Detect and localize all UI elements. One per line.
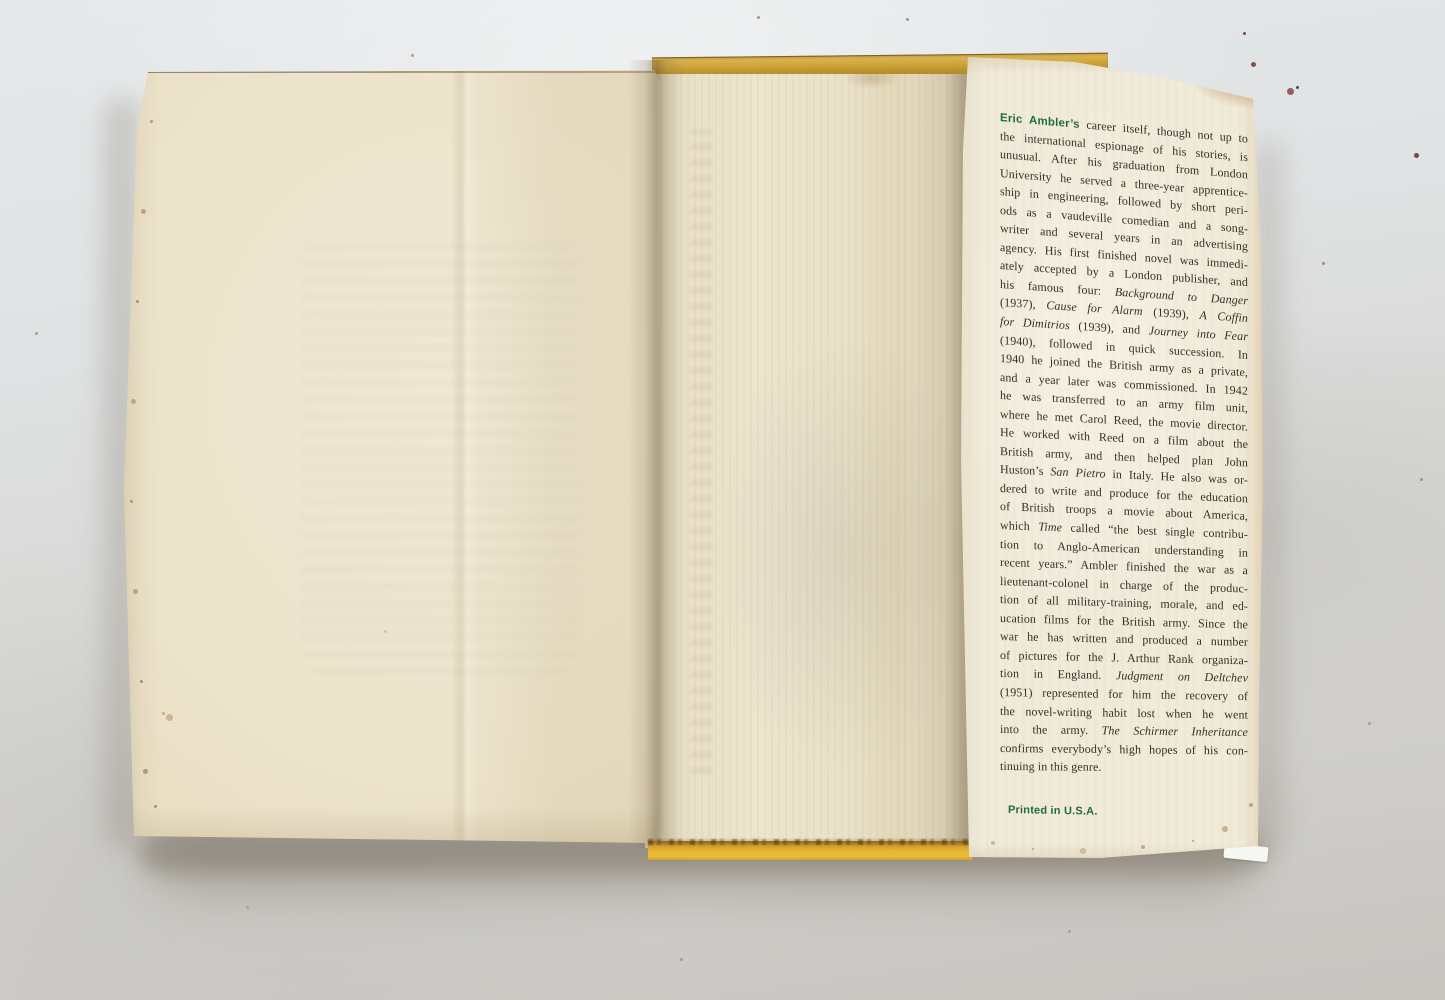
text-run: The Schirmer Inheritance <box>1102 723 1248 739</box>
blank-left-page <box>124 70 660 845</box>
flap-text-line: tinuing in this genre. <box>1000 757 1248 777</box>
paint-specks <box>0 0 3 3</box>
text-run: A Coffin <box>1200 308 1248 325</box>
text-run: the novel-writing habit lost when he wen… <box>1000 704 1248 722</box>
dust-jacket-flap: Eric Ambler’s career itself, though not … <box>950 44 1270 868</box>
jacket-bottom-edge <box>648 841 972 860</box>
text-run: for Dimitrios <box>1000 314 1070 332</box>
endpaper-page <box>645 74 1010 848</box>
text-run: into the army. <box>1000 722 1102 737</box>
text-run: which <box>1000 518 1038 533</box>
text-run: Huston’s <box>1000 462 1050 478</box>
text-run: tinuing in this genre. <box>1000 759 1102 774</box>
page-showthrough <box>301 241 580 675</box>
printed-in-usa-label: Printed in U.S.A. <box>1008 804 1098 818</box>
text-run: Judgment on Deltchev <box>1116 669 1248 686</box>
text-run: tion in England. <box>1000 666 1116 682</box>
table-surface: Eric Ambler’s career itself, though not … <box>0 0 1445 1000</box>
foxing-spots <box>124 70 127 73</box>
text-run: (1939), <box>1143 305 1200 323</box>
flap-biography-text: Eric Ambler’s career itself, though not … <box>1000 108 1248 776</box>
text-run: Time <box>1038 519 1062 534</box>
text-run: (1951) represented for him the recovery … <box>1000 685 1248 703</box>
text-run: (1937), <box>1000 295 1046 312</box>
text-run: San Pietro <box>1050 465 1105 481</box>
text-run: confirms everybody’s high hopes of his c… <box>1000 741 1248 758</box>
text-run: (1939), and <box>1070 318 1149 337</box>
